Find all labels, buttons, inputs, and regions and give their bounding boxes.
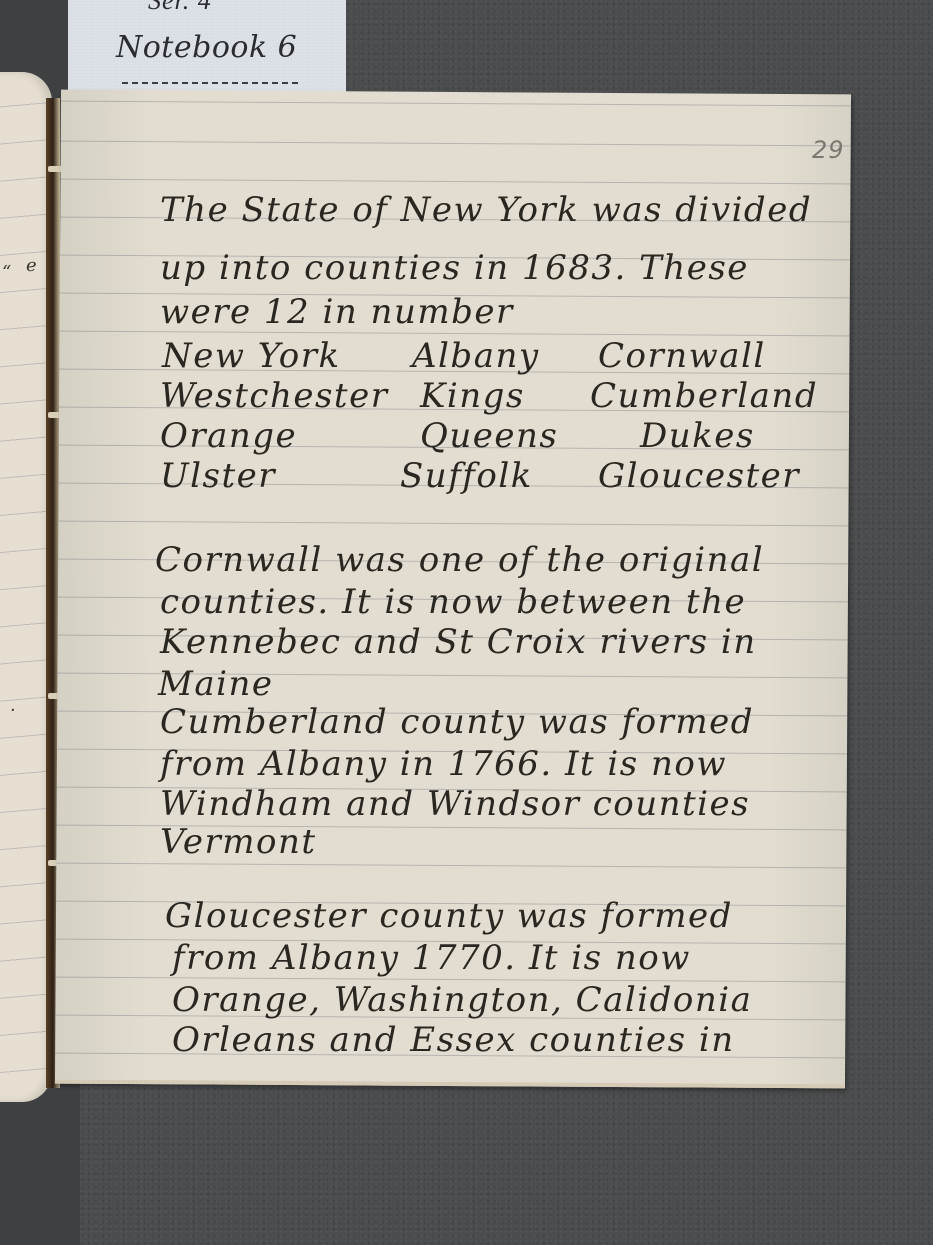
text-line: Gloucester county was formed: [165, 896, 733, 936]
county-cell: Orange: [160, 416, 297, 456]
county-cell: Suffolk: [400, 456, 533, 496]
text-line: Vermont: [160, 822, 317, 862]
county-cell: New York: [162, 336, 341, 376]
text-line: The State of New York was divided: [160, 190, 812, 230]
archive-label: Ser. 4 Notebook 6: [68, 0, 346, 104]
county-cell: Westchester: [160, 376, 388, 416]
left-facing-page: [0, 72, 52, 1102]
text-line: Kennebec and St Croix rivers in: [160, 622, 757, 662]
label-underline: [122, 82, 298, 84]
county-cell: Ulster: [160, 456, 276, 496]
county-cell: Cumberland: [590, 376, 818, 416]
county-cell: Albany: [412, 336, 540, 376]
county-cell: Queens: [420, 416, 558, 456]
county-cell: Dukes: [640, 416, 755, 456]
county-cell: Gloucester: [598, 456, 800, 496]
left-page-mark: ·: [10, 700, 16, 721]
text-line: counties. It is now between the: [160, 582, 746, 622]
label-series-text: Ser. 4: [148, 0, 212, 16]
text-line: Cornwall was one of the original: [155, 540, 764, 580]
left-page-mark: “: [2, 262, 11, 283]
text-line: Windham and Windsor counties: [160, 784, 750, 824]
text-line: from Albany 1770. It is now: [172, 938, 691, 978]
text-line: Maine: [158, 664, 273, 704]
county-cell: Cornwall: [598, 336, 766, 376]
text-line: from Albany in 1766. It is now: [160, 744, 727, 784]
county-cell: Kings: [420, 376, 525, 416]
page-number: 29: [812, 136, 845, 164]
text-line: Orange, Washington, Calidonia: [172, 980, 752, 1020]
text-line: Orleans and Essex counties in: [172, 1020, 735, 1060]
label-title: Notebook 6: [116, 30, 297, 65]
text-line: were 12 in number: [160, 292, 514, 332]
left-page-mark: e: [26, 255, 37, 276]
text-line: Cumberland county was formed: [160, 702, 754, 742]
text-line: up into counties in 1683. These: [160, 248, 749, 288]
